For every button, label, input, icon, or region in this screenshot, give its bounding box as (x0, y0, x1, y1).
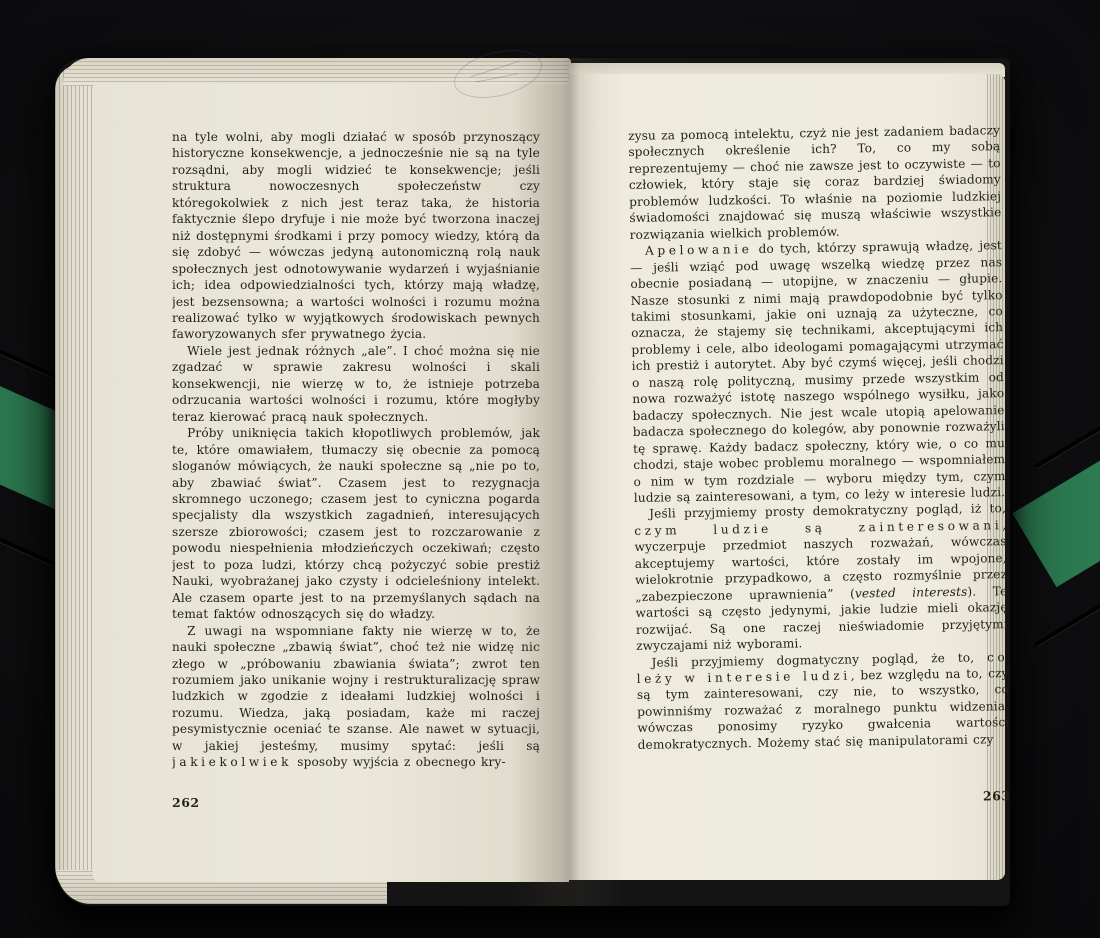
jacket-stripe-right (1012, 395, 1100, 587)
open-book: na tyle wolni, aby mogli działać w sposó… (55, 58, 1010, 906)
paragraph: Z uwagi na wspomniane fakty nie wierzę w… (172, 623, 540, 771)
right-page-text: zysu za pomocą intelektu, czyż nie jest … (628, 122, 1011, 840)
page-number-right: 263 (983, 788, 1011, 803)
left-page-text: na tyle wolni, aby mogli działać w sposó… (172, 129, 540, 841)
paragraph: Próby uniknięcia takich kłopotliwych pro… (172, 425, 540, 622)
text-run: sposoby wyjścia z obecnego kry- (292, 755, 506, 769)
paragraph: Jeśli przyjmiemy prosty demokratyczny po… (634, 501, 1008, 655)
text-run: zysu za pomocą intelektu, czyż nie jest … (628, 123, 1001, 242)
paragraph: Wiele jest jednak różnych „ale”. I choć … (172, 343, 540, 425)
text-run: Wiele jest jednak różnych „ale”. I choć … (172, 344, 540, 424)
text-run: jakiekolwiek (172, 755, 292, 769)
paragraph: na tyle wolni, aby mogli działać w sposó… (172, 129, 540, 343)
text-run: Apelowanie (645, 242, 753, 258)
paragraph: Jeśli przyjmiemy dogmatyczny pogląd, że … (636, 649, 1010, 754)
right-page: zysu za pomocą intelektu, czyż nie jest … (569, 74, 1005, 880)
text-run: do tych, którzy sprawują władzę, jest — … (630, 238, 1006, 505)
jacket-crease (1035, 352, 1100, 469)
text-run: Próby uniknięcia takich kłopotliwych pro… (172, 426, 540, 621)
paragraph: Apelowanie do tych, którzy sprawują wład… (630, 237, 1006, 506)
left-page-paragraphs: na tyle wolni, aby mogli działać w sposó… (172, 129, 540, 785)
left-fore-edge (55, 64, 97, 900)
text-run: Z uwagi na wspomniane fakty nie wierzę w… (172, 624, 540, 753)
photo-background: { "book": { "left_page": { "page_number"… (0, 0, 1100, 938)
right-page-paragraphs: zysu za pomocą intelektu, czyż nie jest … (628, 122, 1010, 784)
paragraph: zysu za pomocą intelektu, czyż nie jest … (628, 122, 1002, 243)
scene: na tyle wolni, aby mogli działać w sposó… (0, 0, 1100, 938)
page-number-left: 262 (172, 795, 200, 810)
text-run: vested interests (855, 584, 968, 600)
text-run: na tyle wolni, aby mogli działać w sposó… (172, 130, 540, 341)
left-page: na tyle wolni, aby mogli działać w sposó… (93, 84, 569, 882)
